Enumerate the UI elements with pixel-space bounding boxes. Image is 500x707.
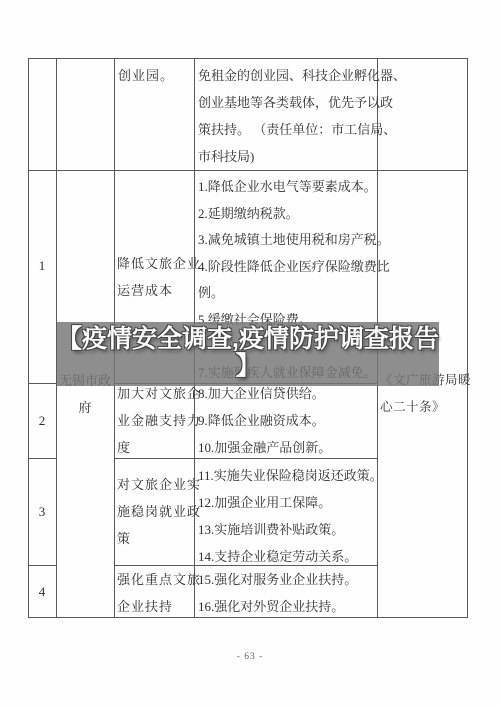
cell-line: 创业园。 [118, 62, 192, 89]
cell-line: 策扶持。 （责任单位：市工信局、 [198, 116, 376, 143]
cell-line: 创业基地等各类载体，优先予以政 [198, 89, 376, 116]
cell-line: 11.实施失业保险稳岗返还政策。 [198, 462, 376, 489]
cell-details-row2: 8.加大企业信贷供给。 9.降低企业融资成本。 10.加强金融产品创新。 [198, 380, 376, 461]
cell-line: 市科技局) [198, 143, 376, 170]
cell-line: 例。 [198, 280, 376, 307]
cell-line: 度 [117, 434, 195, 461]
cell-rownum-2: 2 [28, 407, 56, 434]
cell-line: 16.强化对外贸企业扶持。 [198, 593, 376, 620]
cell-line: 1.降低企业水电气等要素成本。 [198, 174, 376, 201]
cell-line: 2 [28, 407, 56, 434]
cell-line: 13.实施培训费补贴政策。 [198, 516, 376, 543]
cell-line: 3.减免城镇土地使用税和房产税。 [198, 227, 376, 254]
cell-line: 策 [117, 525, 195, 552]
cell-line: 免租金的创业园、科技企业孵化器、 [198, 62, 376, 89]
document-page: 创业园。 免租金的创业园、科技企业孵化器、 创业基地等各类载体，优先予以政 策扶… [0, 0, 500, 707]
cell-rownum-1: 1 [28, 252, 56, 279]
cell-line: 施稳岗就业政 [117, 498, 195, 525]
cell-line: 2.延期缴纳税款。 [198, 201, 376, 228]
cell-line: 1 [28, 252, 56, 279]
cell-details-row3: 11.实施失业保险稳岗返还政策。 12.加强企业用工保障。 13.实施培训费补贴… [198, 462, 376, 570]
cell-category-row2: 加大对文旅企 业金融支持力 度 [117, 380, 195, 461]
cell-details-row0: 免租金的创业园、科技企业孵化器、 创业基地等各类载体，优先予以政 策扶持。 （责… [198, 62, 376, 170]
cell-category-row1: 降低文旅企业 运营成本 [117, 250, 195, 304]
cell-line: 强化重点文旅 [117, 566, 195, 593]
cell-line: 降低文旅企业 [117, 250, 195, 277]
cell-line: 12.加强企业用工保障。 [198, 489, 376, 516]
table-row-divider [28, 565, 56, 566]
cell-category-row0: 创业园。 [118, 62, 192, 89]
cell-category-row3: 对文旅企业实 施稳岗就业政 策 [117, 471, 195, 552]
table-border-left [28, 58, 29, 617]
cell-line: 心二十条》 [380, 394, 467, 421]
table-row-divider [28, 383, 56, 384]
cell-category-row4: 强化重点文旅 企业扶持 [117, 566, 195, 620]
table-border-top [28, 58, 468, 59]
cell-rownum-4: 4 [28, 578, 56, 605]
cell-rownum-3: 3 [28, 498, 56, 525]
cell-line: 3 [28, 498, 56, 525]
table-row-divider [28, 170, 468, 171]
cell-details-row4: 15.强化对服务业企业扶持。 16.强化对外贸企业扶持。 [198, 566, 376, 620]
cell-line: 4 [28, 578, 56, 605]
cell-line: 15.强化对服务业企业扶持。 [198, 566, 376, 593]
table-row-divider [28, 458, 56, 459]
cell-line: 企业扶持 [117, 593, 195, 620]
cell-line: 府 [56, 394, 114, 421]
table-border-right [467, 58, 468, 617]
caption-title-line1: 【疫情安全调查,疫情防护调查报告 [57, 322, 439, 356]
page-number: - 63 - [0, 652, 500, 662]
cell-line: 业金融支持力 [117, 407, 195, 434]
caption-title-line2: 】 [57, 353, 439, 379]
cell-line: 对文旅企业实 [117, 471, 195, 498]
cell-line: 4.阶段性降低企业医疗保险缴费比 [198, 254, 376, 281]
cell-line: 运营成本 [117, 277, 195, 304]
cell-line: 10.加强金融产品创新。 [198, 434, 376, 461]
cell-line: 9.降低企业融资成本。 [198, 407, 376, 434]
caption-overlay-banner: 【疫情安全调查,疫情防护调查报告 】 [57, 322, 439, 386]
